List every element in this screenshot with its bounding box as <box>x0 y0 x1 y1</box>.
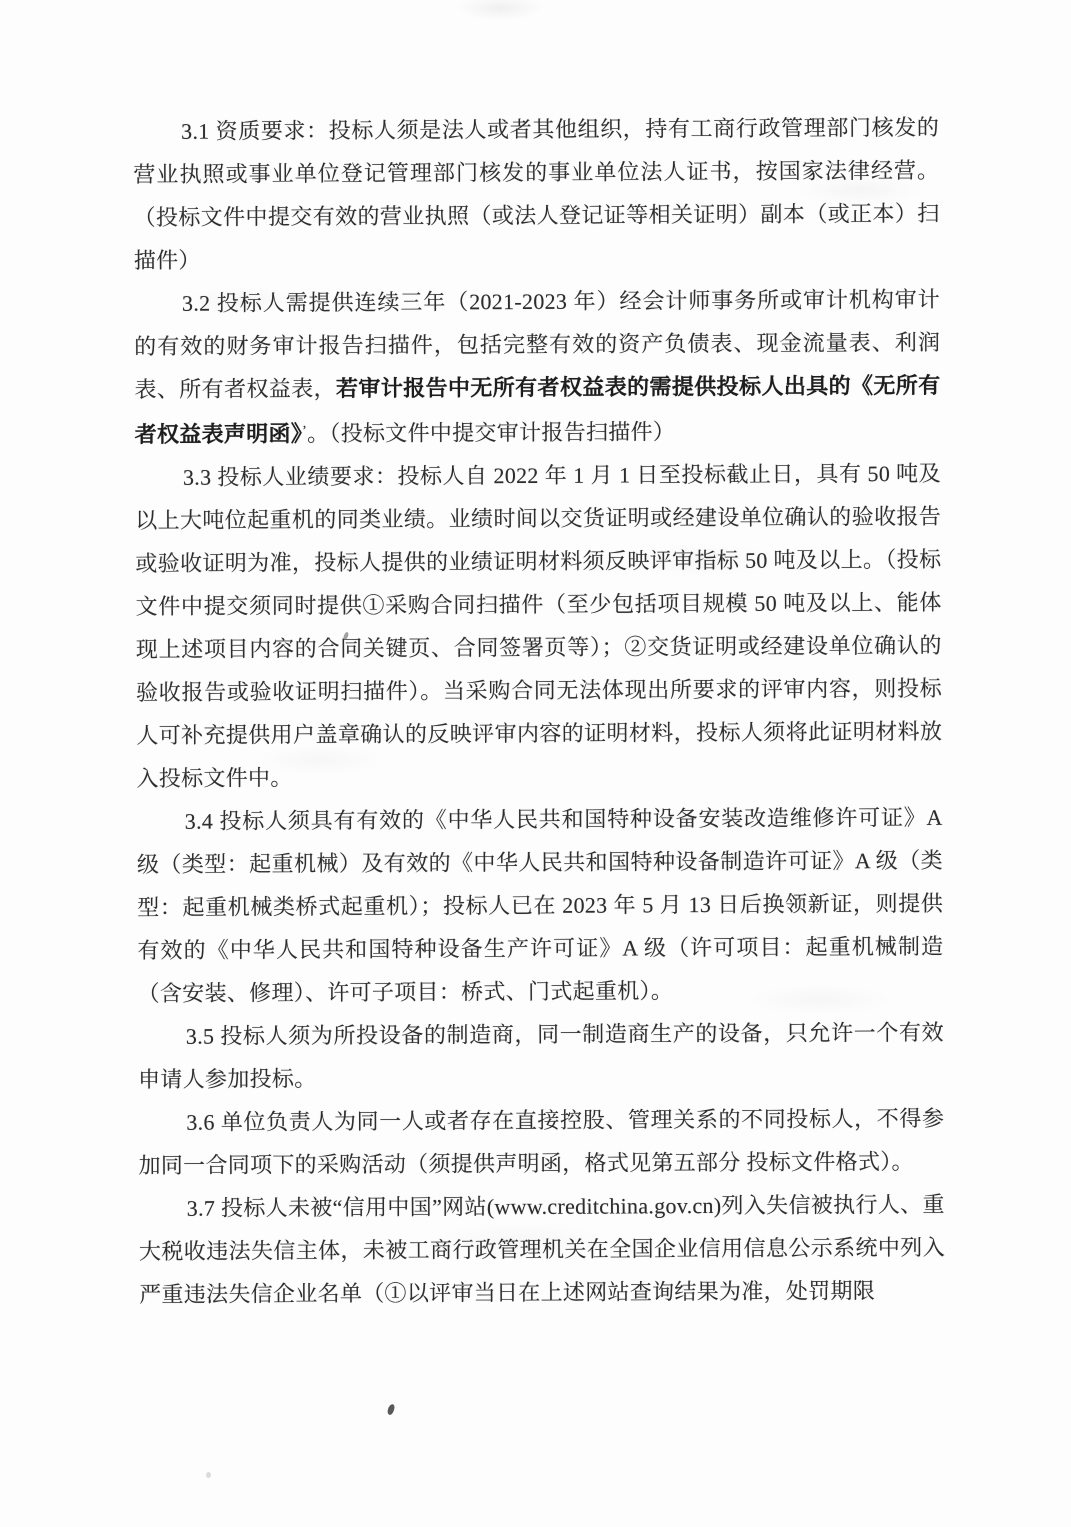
clause-number: 3.7 <box>187 1196 221 1221</box>
clause-number: 3.1 <box>181 119 216 144</box>
clause-text: 单位负责人为同一人或者存在直接控股、管理关系的不同投标人，不得参加同一合同项下的… <box>138 1106 944 1178</box>
clause-number: 3.3 <box>183 465 218 490</box>
clause-3.7: 3.7 投标人未被“信用中国”网站(www.creditchina.gov.cn… <box>139 1183 946 1316</box>
clause-text: 投标人须为所投设备的制造商，同一制造商生产的设备，只允许一个有效申请人参加投标。 <box>138 1020 944 1092</box>
clause-number: 3.2 <box>182 291 217 316</box>
clause-3.3: 3.3 投标人业绩要求：投标人自 2022 年 1 月 1 日至投标截止日，具有… <box>135 452 943 800</box>
scan-smudge <box>206 1472 211 1478</box>
clause-number: 3.6 <box>186 1110 221 1135</box>
clause-text: 资质要求：投标人须是法人或者其他组织，持有工商行政管理部门核发的营业执照或事业单… <box>133 115 939 273</box>
clause-3.5: 3.5 投标人须为所投设备的制造商，同一制造商生产的设备，只允许一个有效申请人参… <box>138 1011 944 1101</box>
clause-3.2: 3.2 投标人需提供连续三年（2021-2023 年）经会计师事务所或审计机构审… <box>134 278 941 456</box>
clause-number: 3.5 <box>186 1024 221 1049</box>
clause-text: 投标人业绩要求：投标人自 2022 年 1 月 1 日至投标截止日，具有 50 … <box>135 461 942 791</box>
clause-text: 。（投标文件中提交审计报告扫描件） <box>307 419 675 446</box>
clause-text: 投标人须具有有效的《中华人民共和国特种设备安装改造维修许可证》A 级（类型：起重… <box>137 805 944 1006</box>
clause-3.1: 3.1 资质要求：投标人须是法人或者其他组织，持有工商行政管理部门核发的营业执照… <box>133 106 940 282</box>
clause-3.4: 3.4 投标人须具有有效的《中华人民共和国特种设备安装改造维修许可证》A 级（类… <box>137 796 944 1015</box>
clause-text: 投标人未被“信用中国”网站(www.creditchina.gov.cn)列入失… <box>139 1192 945 1307</box>
scanned-document-page: 3.1 资质要求：投标人须是法人或者其他组织，持有工商行政管理部门核发的营业执照… <box>0 0 1071 1527</box>
clause-3.6: 3.6 单位负责人为同一人或者存在直接控股、管理关系的不同投标人，不得参加同一合… <box>138 1097 944 1187</box>
ink-speck <box>387 1403 395 1415</box>
document-body: 3.1 资质要求：投标人须是法人或者其他组织，持有工商行政管理部门核发的营业执照… <box>133 106 945 1316</box>
clause-number: 3.4 <box>185 809 220 834</box>
